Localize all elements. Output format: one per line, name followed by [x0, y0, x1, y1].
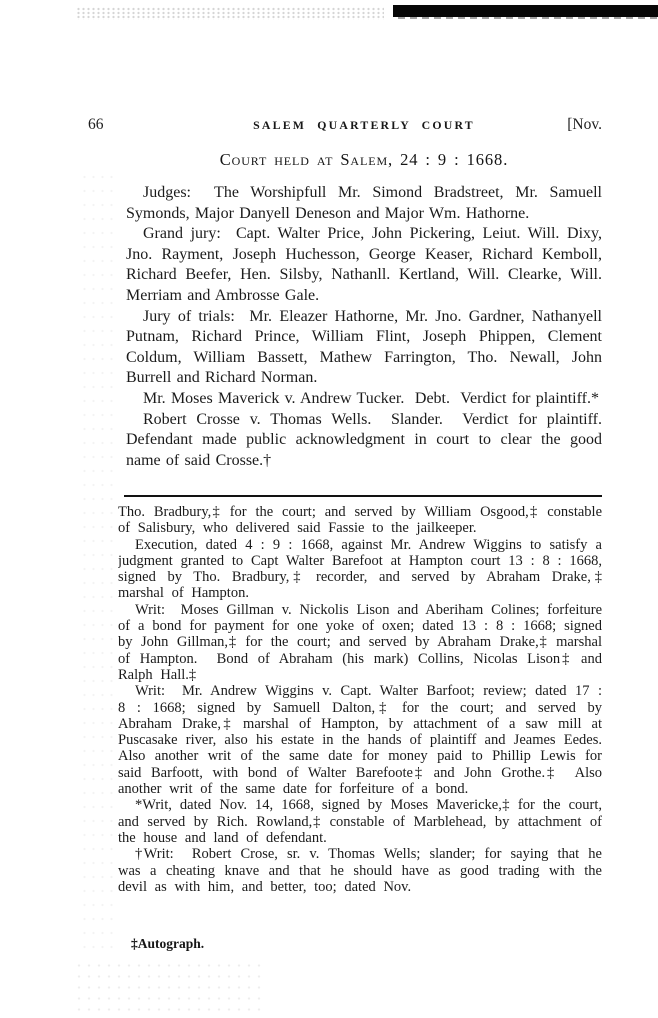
paragraph-grand-jury: Grand jury: Capt. Walter Price, John Pic…: [126, 224, 602, 306]
paragraph-jury-of-trials: Jury of trials: Mr. Eleazer Hathorne, Mr…: [126, 307, 602, 389]
scan-artifact-smudge: [398, 17, 658, 19]
paragraph-judges: Judges: The Worshipfull Mr. Simond Brads…: [126, 183, 602, 224]
page-header: 66 SALEM QUARTERLY COURT [Nov.: [126, 116, 602, 136]
autograph-note: ‡Autograph.: [131, 936, 204, 952]
footnote-writ-crose: †Writ: Robert Crose, sr. v. Thomas Wells…: [118, 846, 602, 895]
paragraph-crosse-v-wells: Robert Crosse v. Thomas Wells. Slander. …: [126, 410, 602, 472]
footnote-bradbury-continuation: Tho. Bradbury,‡ for the court; and serve…: [118, 504, 602, 537]
scan-noise-top-left: [76, 7, 384, 20]
month-marker: [Nov.: [567, 116, 602, 134]
scan-artifact-bar: [393, 5, 658, 17]
session-heading: Court held at Salem, 24 : 9 : 1668.: [126, 150, 602, 170]
footnotes-block: Tho. Bradbury,‡ for the court; and serve…: [118, 504, 602, 932]
page-number: 66: [88, 116, 104, 134]
footnote-writ-mavericke: *Writ, dated Nov. 14, 1668, signed by Mo…: [118, 797, 602, 846]
scanned-book-page: 66 SALEM QUARTERLY COURT [Nov. Court hel…: [0, 0, 658, 1018]
running-header-title: SALEM QUARTERLY COURT: [126, 116, 602, 133]
footnote-writ-wiggins-barfoot: Writ: Mr. Andrew Wiggins v. Capt. Walter…: [118, 683, 602, 797]
scan-noise-bottom-left: [74, 960, 264, 1012]
footnote-execution-wiggins: Execution, dated 4 : 9 : 1668, against M…: [118, 537, 602, 602]
scan-noise-left-margin: [80, 170, 114, 950]
paragraph-maverick-v-tucker: Mr. Moses Maverick v. Andrew Tucker. Deb…: [126, 389, 602, 410]
court-record: Judges: The Worshipfull Mr. Simond Brads…: [126, 183, 602, 493]
footnote-separator-rule: [124, 495, 602, 497]
footnote-writ-gillman: Writ: Moses Gillman v. Nickolis Lison an…: [118, 602, 602, 683]
